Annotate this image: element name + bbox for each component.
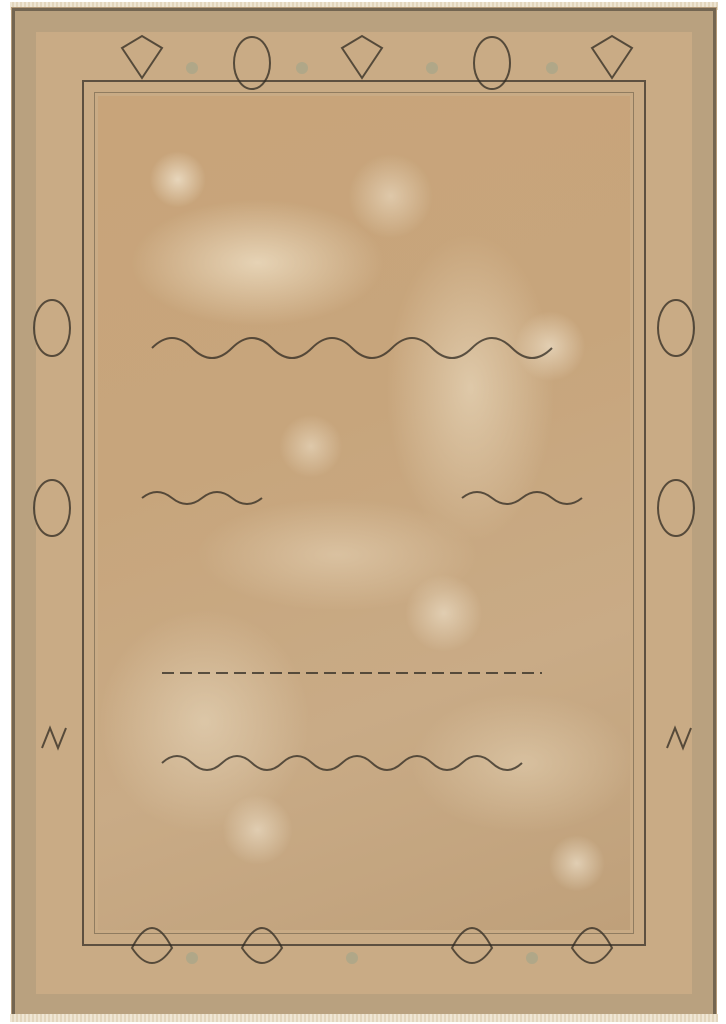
bottom-fringe xyxy=(10,1014,718,1022)
rug-motifs xyxy=(12,8,716,1018)
rug xyxy=(12,8,716,1018)
